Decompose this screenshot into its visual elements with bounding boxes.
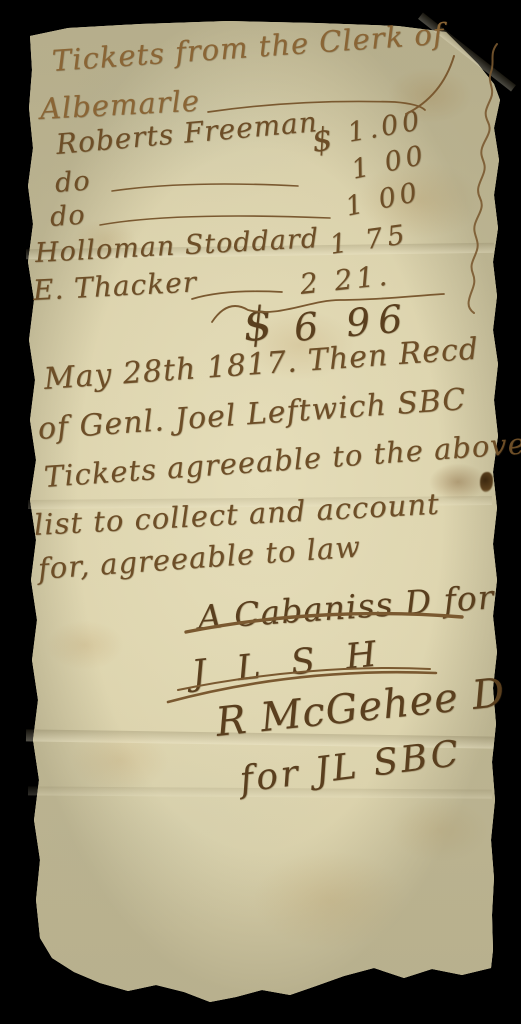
paper-sheet xyxy=(0,0,521,1024)
scan-background: Tickets from the Clerk of Albemarle Robe… xyxy=(0,0,521,1024)
